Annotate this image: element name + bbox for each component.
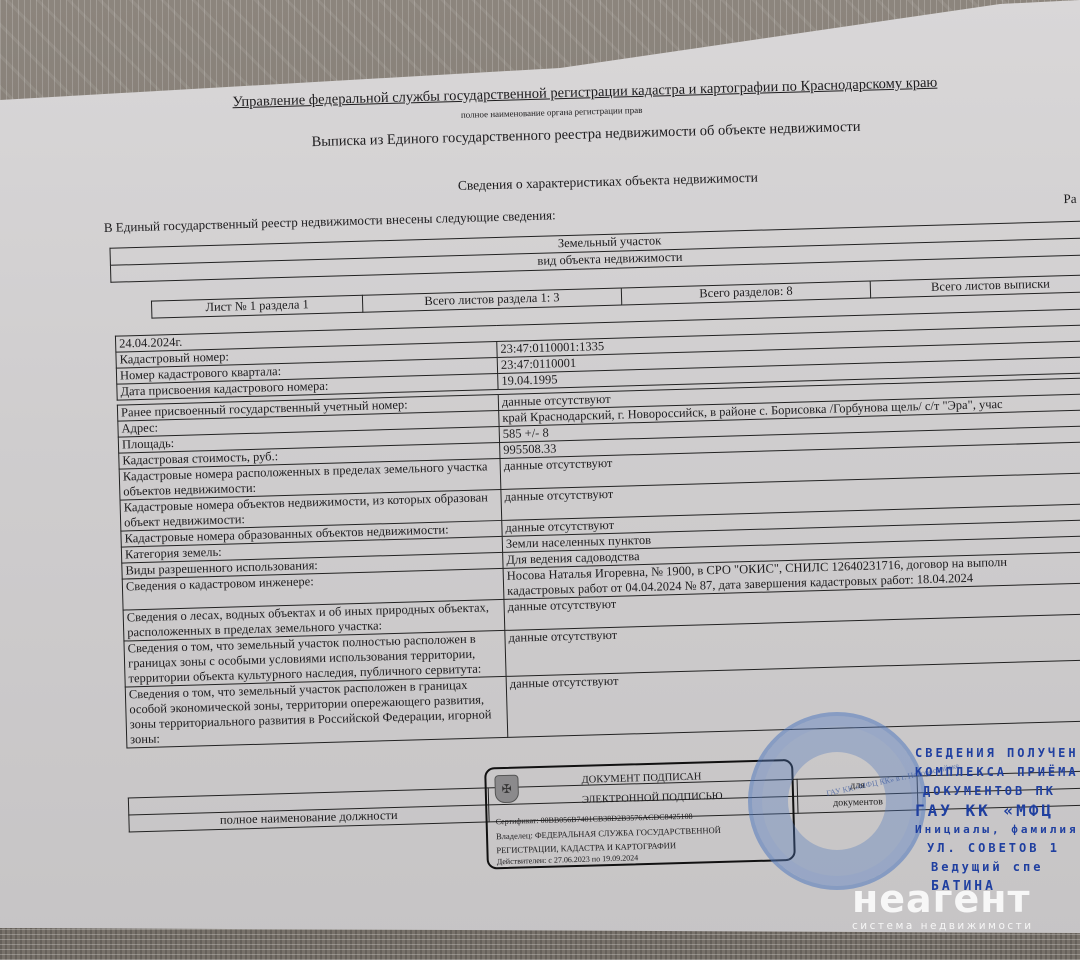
certificate-validity: Действителен: с 27.06.2023 по 19.09.2024	[497, 853, 639, 866]
round-seal-icon	[748, 712, 926, 890]
esign-line-2: ЭЛЕКТРОННОЙ ПОДПИСЬЮ	[582, 791, 723, 806]
characteristics-table: 24.04.2024г. Кадастровый номер: 23:47:01…	[115, 308, 1080, 749]
esign-line-1: ДОКУМЕНТ ПОДПИСАН	[581, 771, 701, 785]
section-label-cut: Ра	[1063, 191, 1076, 207]
mfc-stamp: СВЕДЕНИЯ ПОЛУЧЕН КОМПЛЕКСА ПРИЁМА И ДОКУ…	[915, 744, 1080, 896]
row-key: Сведения о том, что земельный участок ра…	[125, 676, 508, 748]
certificate-owner-2: РЕГИСТРАЦИИ, КАДАСТРА И КАРТОГРАФИИ	[496, 840, 676, 855]
certificate-owner-1: Владелец: ФЕДЕРАЛЬНАЯ СЛУЖБА ГОСУДАРСТВЕ…	[496, 825, 721, 841]
watermark-logo: неагент система недвижимости	[852, 880, 1034, 932]
coat-of-arms-icon: ✠	[494, 775, 519, 804]
certificate-number: Сертификат: 00BB056B7401CB38D2B3576ACDC8…	[496, 812, 693, 826]
watermark-brand: неагент	[852, 880, 1034, 918]
watermark-tagline: система недвижимости	[852, 920, 1034, 932]
